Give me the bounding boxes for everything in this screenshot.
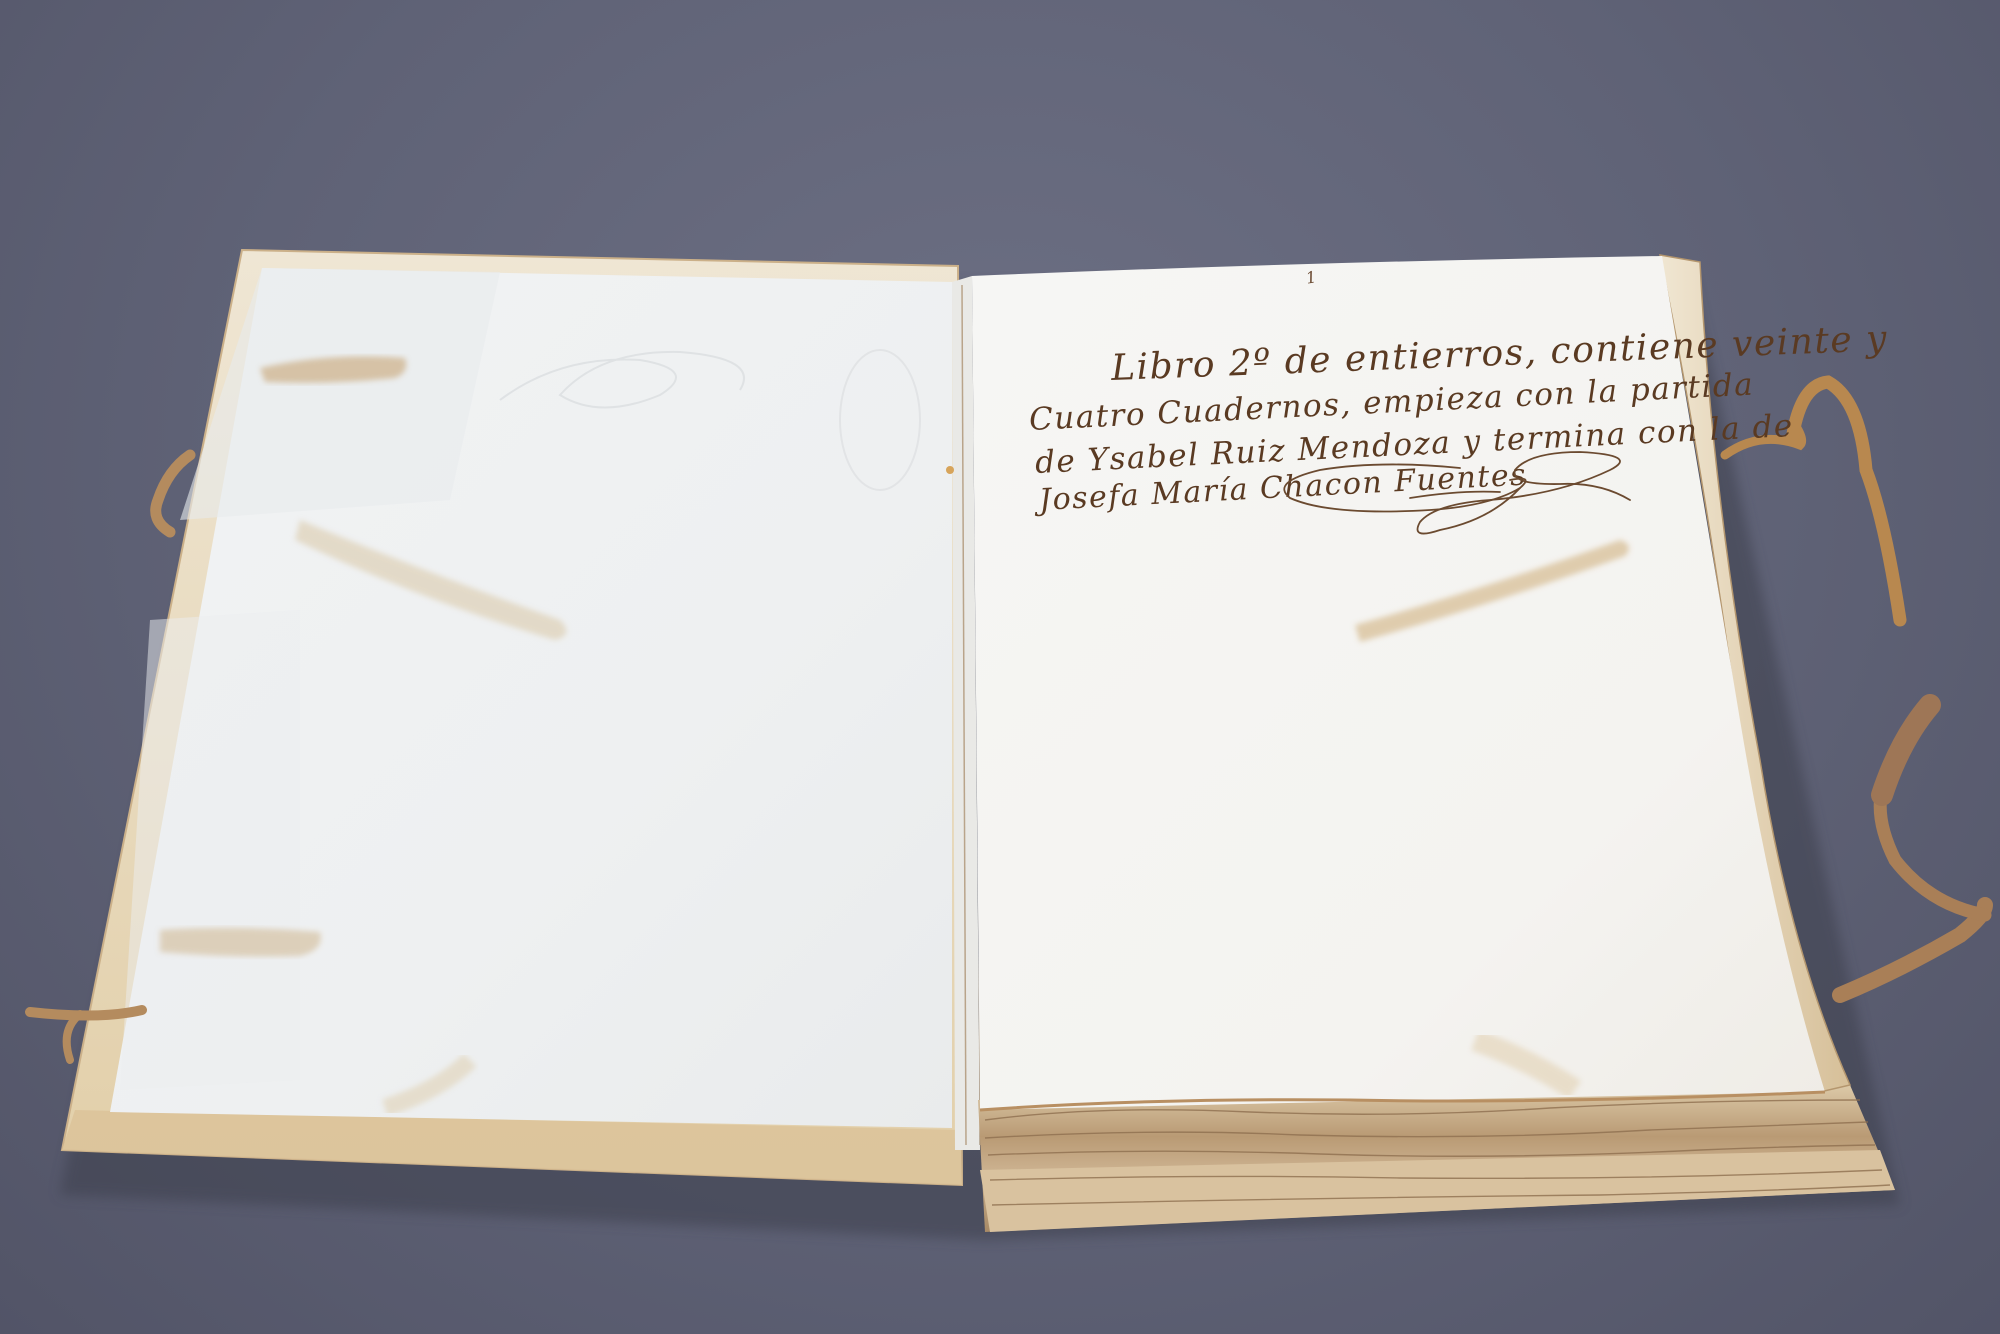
tie-right-lower bbox=[1840, 905, 1985, 995]
pen-flourish bbox=[1260, 440, 1650, 550]
panel-shade bbox=[180, 268, 500, 520]
stain bbox=[160, 928, 321, 957]
tie-right-lower-end bbox=[1882, 705, 1930, 795]
tie-right-upper-long bbox=[1792, 382, 1900, 620]
tie-left-lower bbox=[30, 1010, 142, 1016]
tie-left-upper bbox=[156, 455, 190, 532]
tie-left-lower-end bbox=[67, 1014, 80, 1060]
panel-shade bbox=[120, 610, 300, 1090]
open-book bbox=[0, 0, 2000, 1334]
photo-scene: 1 Libro 2º de entierros, contiene veinte… bbox=[0, 0, 2000, 1334]
foxing bbox=[946, 466, 954, 474]
tie-right-lower-loop bbox=[1880, 790, 1985, 915]
